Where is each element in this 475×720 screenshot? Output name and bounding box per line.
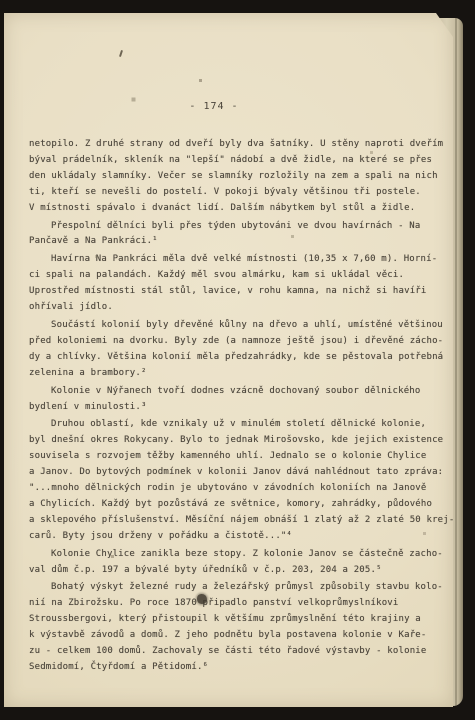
paragraph: Kolonie v Nýřanech tvoří dodnes vzácně d…: [29, 384, 447, 416]
text-line: zu - celkem 100 domů. Zachovaly se části…: [29, 644, 447, 660]
text-line: ohřívali jídlo.: [29, 300, 447, 316]
paragraph: Druhou oblastí, kde vznikaly už v minulé…: [29, 417, 447, 544]
text-line: val dům č.p. 197 a bývalé byty úředníků …: [29, 563, 447, 579]
paragraph: Bohatý výskyt železné rudy a železářský …: [29, 580, 447, 675]
text-line: a Chylicích. Každý byt pozůstává ze svět…: [29, 497, 447, 513]
text-line: k výstavbě závodů a domů. Z jeho podnětu…: [29, 628, 447, 644]
ink-smudge: [119, 50, 123, 57]
paragraph: Součástí kolonií byly dřevěné kůlny na d…: [29, 318, 447, 382]
paragraph: Kolonie Chylice zanikla beze stopy. Z ko…: [29, 547, 447, 579]
text-line: dy a chlívky. Většina kolonií měla předz…: [29, 350, 447, 366]
text-line: netopilo. Z druhé strany od dveří byly d…: [29, 137, 447, 153]
page-body: netopilo. Z druhé strany od dveří byly d…: [29, 137, 447, 678]
text-line: bydlení v minulosti.³: [29, 400, 447, 416]
ink-blot: [197, 594, 207, 604]
text-line: a Janov. Do bytových podmínek v kolonii …: [29, 465, 447, 481]
text-line: a sklepového příslušenství. Měsíční náje…: [29, 513, 447, 529]
text-line: souvisela s rozvojem těžby kamenného uhl…: [29, 449, 447, 465]
text-line: "...mnoho dělnických rodin je ubytováno …: [29, 481, 447, 497]
text-line: Stroussbergovi, který přistoupil k větší…: [29, 612, 447, 628]
scanned-book-photo: - 174 - netopilo. Z druhé strany od dveř…: [0, 0, 475, 720]
paragraph: Přespolní dělníci byli přes týden ubytov…: [29, 219, 447, 251]
page-number: - 174 -: [29, 101, 399, 112]
paper-specks: [4, 13, 5, 14]
text-line: V místnosti spávalo i dvanáct lidí. Dalš…: [29, 201, 447, 217]
text-line: Kolonie Chylice zanikla beze stopy. Z ko…: [29, 547, 447, 563]
text-line: před koloniemi na dvorku. Byly zde (a na…: [29, 334, 447, 350]
text-line: byl dnešní okres Rokycany. Bylo to jedna…: [29, 433, 447, 449]
paragraph: netopilo. Z druhé strany od dveří byly d…: [29, 137, 447, 217]
text-line: ti, kteří se nevešli do postelí. V pokoj…: [29, 185, 447, 201]
text-line: Bohatý výskyt železné rudy a železářský …: [29, 580, 447, 596]
text-line: carů. Byty jsou drženy v pořádku a čisto…: [29, 529, 447, 545]
text-line: Přespolní dělníci byli přes týden ubytov…: [29, 219, 447, 235]
text-line: ci spali na palandách. Každý měl svou al…: [29, 268, 447, 284]
paragraph: Havírna Na Pankráci měla dvě velké místn…: [29, 252, 447, 316]
text-line: Kolonie v Nýřanech tvoří dodnes vzácně d…: [29, 384, 447, 400]
text-line: Pančavě a Na Pankráci.¹: [29, 234, 447, 250]
text-line: zelenina a brambory.²: [29, 366, 447, 382]
text-line: Uprostřed místnosti stál stůl, lavice, v…: [29, 284, 447, 300]
text-line: Součástí kolonií byly dřevěné kůlny na d…: [29, 318, 447, 334]
paper-sheet: - 174 - netopilo. Z druhé strany od dveř…: [4, 13, 453, 707]
text-line: Sedmidomí, Čtyřdomí a Pětidomí.⁶: [29, 660, 447, 676]
text-line: nií na Zbirožsku. Po roce 1870 připadlo …: [29, 596, 447, 612]
text-line: býval prádelník, skleník na "lepší" nádo…: [29, 153, 447, 169]
text-line: Havírna Na Pankráci měla dvě velké místn…: [29, 252, 447, 268]
text-line: den ukládaly slamníky. Večer se slamníky…: [29, 169, 447, 185]
text-line: Druhou oblastí, kde vznikaly už v minulé…: [29, 417, 447, 433]
